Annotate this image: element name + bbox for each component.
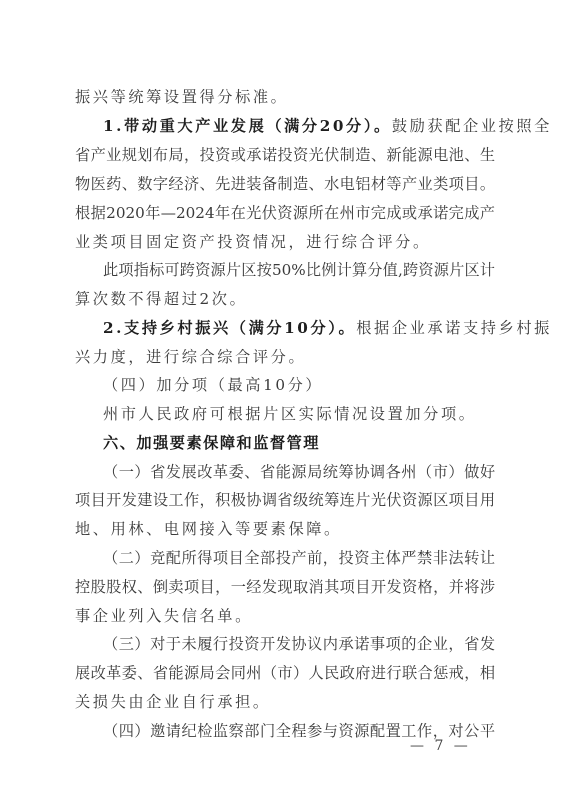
paragraph-line: 展改革委、省能源局会同州（市）人民政府进行联合惩戒，相 [75,663,495,683]
document-page: 振兴等统筹设置得分标准。 1.带动重大产业发展（满分20分）。鼓励获配企业按照全… [0,0,565,800]
scoring-item-1-line: 1.带动重大产业发展（满分20分）。鼓励获配企业按照全 [103,116,495,136]
paragraph-line: 振兴等统筹设置得分标准。 [75,87,495,107]
section-subheading-bonus: （四）加分项（最高10分） [103,375,495,395]
scoring-item-2-title: 2.支持乡村振兴（满分10分）。 [103,319,356,337]
paragraph-line: 算次数不得超过2次。 [75,289,495,309]
section-heading-six: 六、加强要素保障和监督管理 [103,433,495,453]
paragraph-line: （二）竞配所得项目全部投产前，投资主体严禁非法转让 [103,548,495,568]
paragraph-line: 业类项目固定资产投资情况，进行综合评分。 [75,232,495,252]
paragraph-line: （一）省发展改革委、省能源局统筹协调各州（市）做好 [103,462,495,482]
paragraph-line: 州市人民政府可根据片区实际情况设置加分项。 [103,404,495,424]
paragraph-line: 物医药、数字经济、先进装备制造、水电铝材等产业类项目。 [75,174,495,194]
paragraph-line: 项目开发建设工作，积极协调省级统筹连片光伏资源区项目用 [75,490,495,510]
paragraph-line: 关损失由企业自行承担。 [75,692,495,712]
paragraph-line: 兴力度，进行综合综合评分。 [75,347,495,367]
paragraph-line: 事企业列入失信名单。 [75,606,495,626]
scoring-item-2-line: 2.支持乡村振兴（满分10分）。根据企业承诺支持乡村振 [103,318,495,338]
paragraph-text: 根据企业承诺支持乡村振 [356,319,552,337]
paragraph-line: 省产业规划布局，投资或承诺投资光伏制造、新能源电池、生 [75,145,495,165]
paragraph-line: 根据2020年—2024年在光伏资源所在州市完成或承诺完成产 [75,203,495,223]
paragraph-line: 此项指标可跨资源片区按50%比例计算分值,跨资源片区计 [103,260,495,280]
paragraph-line: 地、用林、电网接入等要素保障。 [75,519,495,539]
paragraph-line: （三）对于未履行投资开发协议内承诺事项的企业，省发 [103,634,495,654]
scoring-item-1-title: 1.带动重大产业发展（满分20分）。 [103,117,392,135]
paragraph-line: 控股股权、倒卖项目，一经发现取消其项目开发资格，并将涉 [75,577,495,597]
page-number: — 7 — [410,738,471,754]
paragraph-text: 鼓励获配企业按照全 [392,117,552,135]
